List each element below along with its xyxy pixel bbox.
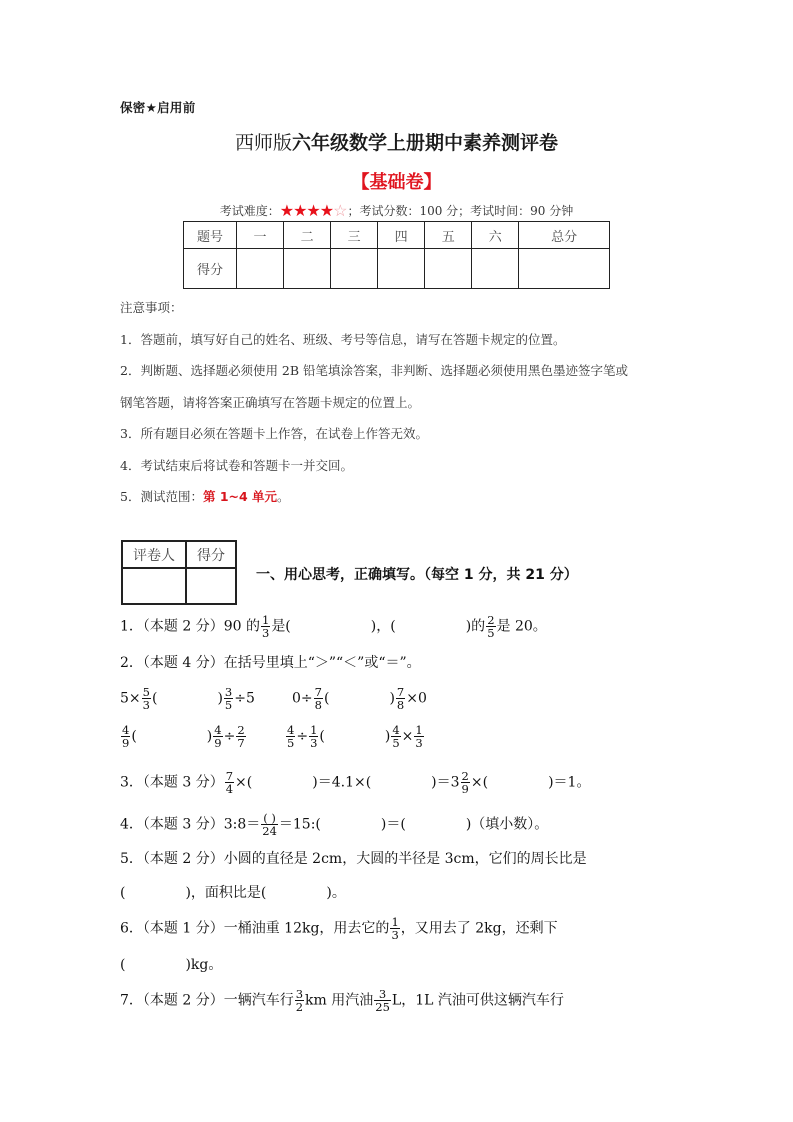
denominator: 3 xyxy=(261,626,270,639)
q5-text: ( xyxy=(120,885,125,901)
q2-text: ÷ xyxy=(224,729,236,745)
fraction: 45 xyxy=(391,724,400,749)
star-empty-icon: ☆ xyxy=(333,201,347,220)
q2-text: ) xyxy=(217,691,222,707)
question-4: 4．（本题 3 分）3:8＝( )24＝15:()＝()（填小数）。 xyxy=(120,812,548,837)
fraction: 78 xyxy=(396,686,405,711)
q2-text: ) xyxy=(385,729,390,745)
q7-text: km 用汽油 xyxy=(305,993,373,1009)
fraction: 49 xyxy=(213,724,222,749)
note-item: 钢笔答题，请将答案正确填写在答题卡规定的位置上。 xyxy=(120,393,628,425)
q1-text: 是( xyxy=(271,619,290,635)
score-table-header-row: 题号 一 二 三 四 五 六 总分 xyxy=(184,222,610,249)
q1-text: )，( xyxy=(371,619,396,635)
denominator: 25 xyxy=(374,1000,391,1013)
q6-text: 6．（本题 1 分）一桶油重 12kg，用去它的 xyxy=(120,921,389,937)
question-6: 6．（本题 1 分）一桶油重 12kg，用去它的13，又用去了 2kg，还剩下 xyxy=(120,916,558,941)
q2-text: ÷5 xyxy=(234,691,255,707)
confidential-label: 保密★启用前 xyxy=(120,98,196,116)
score-cell[interactable] xyxy=(331,249,378,289)
q3-text: )＝1。 xyxy=(548,775,590,791)
q3-text: )＝3 xyxy=(431,775,459,791)
q2-text: ( xyxy=(319,729,324,745)
q3-text: 3．（本题 3 分） xyxy=(120,775,224,791)
q2-text: 0÷ xyxy=(292,691,313,707)
numerator: 7 xyxy=(225,770,234,782)
question-5-line2: ()，面积比是()。 xyxy=(120,886,346,900)
fraction: ( )24 xyxy=(261,812,278,837)
q2-text: ) xyxy=(207,729,212,745)
q3-text: )＝4.1×( xyxy=(312,775,371,791)
denominator: 9 xyxy=(213,736,222,749)
grader-field[interactable] xyxy=(122,568,186,604)
notes-section: 注意事项： 1．答题前，填写好自己的姓名、班级、考号等信息，请写在答题卡规定的位… xyxy=(120,298,628,519)
score-table: 题号 一 二 三 四 五 六 总分 得分 xyxy=(183,221,610,289)
fraction: 35 xyxy=(224,686,233,711)
numerator: 4 xyxy=(391,724,400,736)
q4-text: ＝15:( xyxy=(279,817,321,833)
fraction: 74 xyxy=(225,770,234,795)
question-1: 1．（本题 2 分）90 的13是()，()的25是 20。 xyxy=(120,614,547,639)
q6-text: ( xyxy=(120,957,125,973)
denominator: 5 xyxy=(286,736,295,749)
q4-text: )＝( xyxy=(381,817,406,833)
numerator: 2 xyxy=(236,724,245,736)
score-row-label: 得分 xyxy=(184,249,237,289)
fraction: 325 xyxy=(374,988,391,1013)
fraction: 53 xyxy=(142,686,151,711)
numerator: 5 xyxy=(142,686,151,698)
score-cell[interactable] xyxy=(378,249,425,289)
q2-text: ( xyxy=(131,729,136,745)
score-header-cell: 五 xyxy=(425,222,472,249)
section-title: 一、用心思考，正确填写。（每空 1 分，共 21 分） xyxy=(256,564,578,584)
numerator: 3 xyxy=(224,686,233,698)
numerator: 4 xyxy=(121,724,130,736)
note-item: 2．判断题、选择题必须使用 2B 铅笔填涂答案，非判断、选择题必须使用黑色墨迹签… xyxy=(120,361,628,393)
notes-heading: 注意事项： xyxy=(120,298,628,330)
q2-text: ( xyxy=(152,691,157,707)
q2-text: ×0 xyxy=(406,691,427,707)
score-info: ；考试分数：100 分；考试时间：90 分钟 xyxy=(347,204,573,218)
grader-label: 评卷人 xyxy=(122,541,186,568)
q2-text: × xyxy=(402,729,414,745)
score-header-cell: 三 xyxy=(331,222,378,249)
q7-text: L，1L 汽油可供这辆汽车行 xyxy=(392,993,564,1009)
exam-meta: 考试难度：★★★★☆；考试分数：100 分；考试时间：90 分钟 xyxy=(0,201,793,220)
denominator: 3 xyxy=(142,698,151,711)
q2-text: ÷ xyxy=(296,729,308,745)
note-item: 4．考试结束后将试卷和答题卡一并交回。 xyxy=(120,456,628,488)
fraction: 13 xyxy=(390,916,399,941)
numerator: 4 xyxy=(286,724,295,736)
q2-text: ( xyxy=(324,691,329,707)
q7-text: 7．（本题 2 分）一辆汽车行 xyxy=(120,993,294,1009)
denominator: 3 xyxy=(414,736,423,749)
score-header-cell: 题号 xyxy=(184,222,237,249)
scope-prefix: 5．测试范围： xyxy=(120,489,203,504)
score-header-cell: 四 xyxy=(378,222,425,249)
numerator: 2 xyxy=(486,614,495,626)
q1-text: )的 xyxy=(466,619,485,635)
score-header-cell: 总分 xyxy=(519,222,610,249)
numerator: 1 xyxy=(309,724,318,736)
q2-item-c: 49()49÷27 xyxy=(120,724,247,749)
q2-item-b: 0÷78()78×0 xyxy=(292,686,427,711)
fraction: 25 xyxy=(486,614,495,639)
page-title: 西师版六年级数学上册期中素养测评卷 xyxy=(0,128,793,155)
q3-text: ×( xyxy=(235,775,252,791)
denominator: 5 xyxy=(224,698,233,711)
numerator: 2 xyxy=(461,770,470,782)
numerator: 3 xyxy=(374,988,391,1000)
q1-text: 是 20。 xyxy=(497,619,547,635)
q2-text: ) xyxy=(389,691,394,707)
denominator: 8 xyxy=(396,698,405,711)
title-main: 六年级数学上册期中素养测评卷 xyxy=(292,132,558,154)
note-item: 3．所有题目必须在答题卡上作答，在试卷上作答无效。 xyxy=(120,424,628,456)
title-prefix: 西师版 xyxy=(235,132,292,154)
q2-item-d: 45÷13()45×13 xyxy=(285,724,425,749)
denominator: 4 xyxy=(225,782,234,795)
difficulty-label: 考试难度： xyxy=(220,204,280,218)
fraction: 27 xyxy=(236,724,245,749)
q6-text: ，又用去了 2kg，还剩下 xyxy=(401,921,558,937)
score-cell[interactable] xyxy=(425,249,472,289)
denominator: 9 xyxy=(121,736,130,749)
score-table-score-row: 得分 xyxy=(184,249,610,289)
star-filled-icon: ★★★★ xyxy=(280,201,333,220)
numerator: 7 xyxy=(314,686,323,698)
denominator: 9 xyxy=(461,782,470,795)
denominator: 5 xyxy=(486,626,495,639)
grader-score-label: 得分 xyxy=(186,541,236,568)
denominator: 8 xyxy=(314,698,323,711)
score-cell[interactable] xyxy=(472,249,519,289)
fraction: 13 xyxy=(309,724,318,749)
numerator: 1 xyxy=(261,614,270,626)
q5-text: )。 xyxy=(326,885,345,901)
question-6-line2: ()kg。 xyxy=(120,958,222,972)
numerator: 7 xyxy=(396,686,405,698)
numerator: 1 xyxy=(414,724,423,736)
fraction: 32 xyxy=(295,988,304,1013)
score-cell[interactable] xyxy=(519,249,610,289)
note-item: 1．答题前，填写好自己的姓名、班级、考号等信息，请写在答题卡规定的位置。 xyxy=(120,330,628,362)
numerator: 1 xyxy=(390,916,399,928)
score-header-cell: 六 xyxy=(472,222,519,249)
fraction: 49 xyxy=(121,724,130,749)
q2-text: 5× xyxy=(120,691,141,707)
q4-text: )（填小数）。 xyxy=(466,817,548,833)
q1-text: 1．（本题 2 分）90 的 xyxy=(120,619,260,635)
fraction: 29 xyxy=(461,770,470,795)
q5-text: )，面积比是( xyxy=(185,885,266,901)
question-5: 5．（本题 2 分）小圆的直径是 2cm，大圆的半径是 3cm，它们的周长比是 xyxy=(120,852,587,866)
denominator: 3 xyxy=(390,928,399,941)
grader-score-field[interactable] xyxy=(186,568,236,604)
denominator: 2 xyxy=(295,1000,304,1013)
numerator: 3 xyxy=(295,988,304,1000)
score-header-cell: 二 xyxy=(284,222,331,249)
q6-text: )kg。 xyxy=(185,957,222,973)
q3-text: ×( xyxy=(471,775,488,791)
denominator: 24 xyxy=(261,824,278,837)
q4-text: 4．（本题 3 分）3:8＝ xyxy=(120,817,260,833)
question-2: 2．（本题 4 分）在括号里填上“＞”“＜”或“＝”。 xyxy=(120,656,421,670)
fraction: 45 xyxy=(286,724,295,749)
question-7: 7．（本题 2 分）一辆汽车行32km 用汽油325L，1L 汽油可供这辆汽车行 xyxy=(120,988,564,1013)
score-cell[interactable] xyxy=(284,249,331,289)
denominator: 3 xyxy=(309,736,318,749)
score-cell[interactable] xyxy=(237,249,284,289)
q2-item-a: 5×53()35÷5 xyxy=(120,686,255,711)
score-header-cell: 一 xyxy=(237,222,284,249)
note-item-scope: 5．测试范围：第 1~4 单元。 xyxy=(120,487,628,519)
denominator: 7 xyxy=(236,736,245,749)
grader-box: 评卷人 得分 xyxy=(121,540,237,605)
numerator-blank[interactable]: ( ) xyxy=(261,812,278,824)
page-subtitle: 【基础卷】 xyxy=(0,168,793,194)
numerator: 4 xyxy=(213,724,222,736)
question-3: 3．（本题 3 分）74×()＝4.1×()＝329×()＝1。 xyxy=(120,770,590,795)
scope-suffix: 。 xyxy=(277,489,290,504)
fraction: 78 xyxy=(314,686,323,711)
fraction: 13 xyxy=(414,724,423,749)
denominator: 5 xyxy=(391,736,400,749)
scope-value: 第 1~4 单元 xyxy=(203,489,277,504)
fraction: 13 xyxy=(261,614,270,639)
